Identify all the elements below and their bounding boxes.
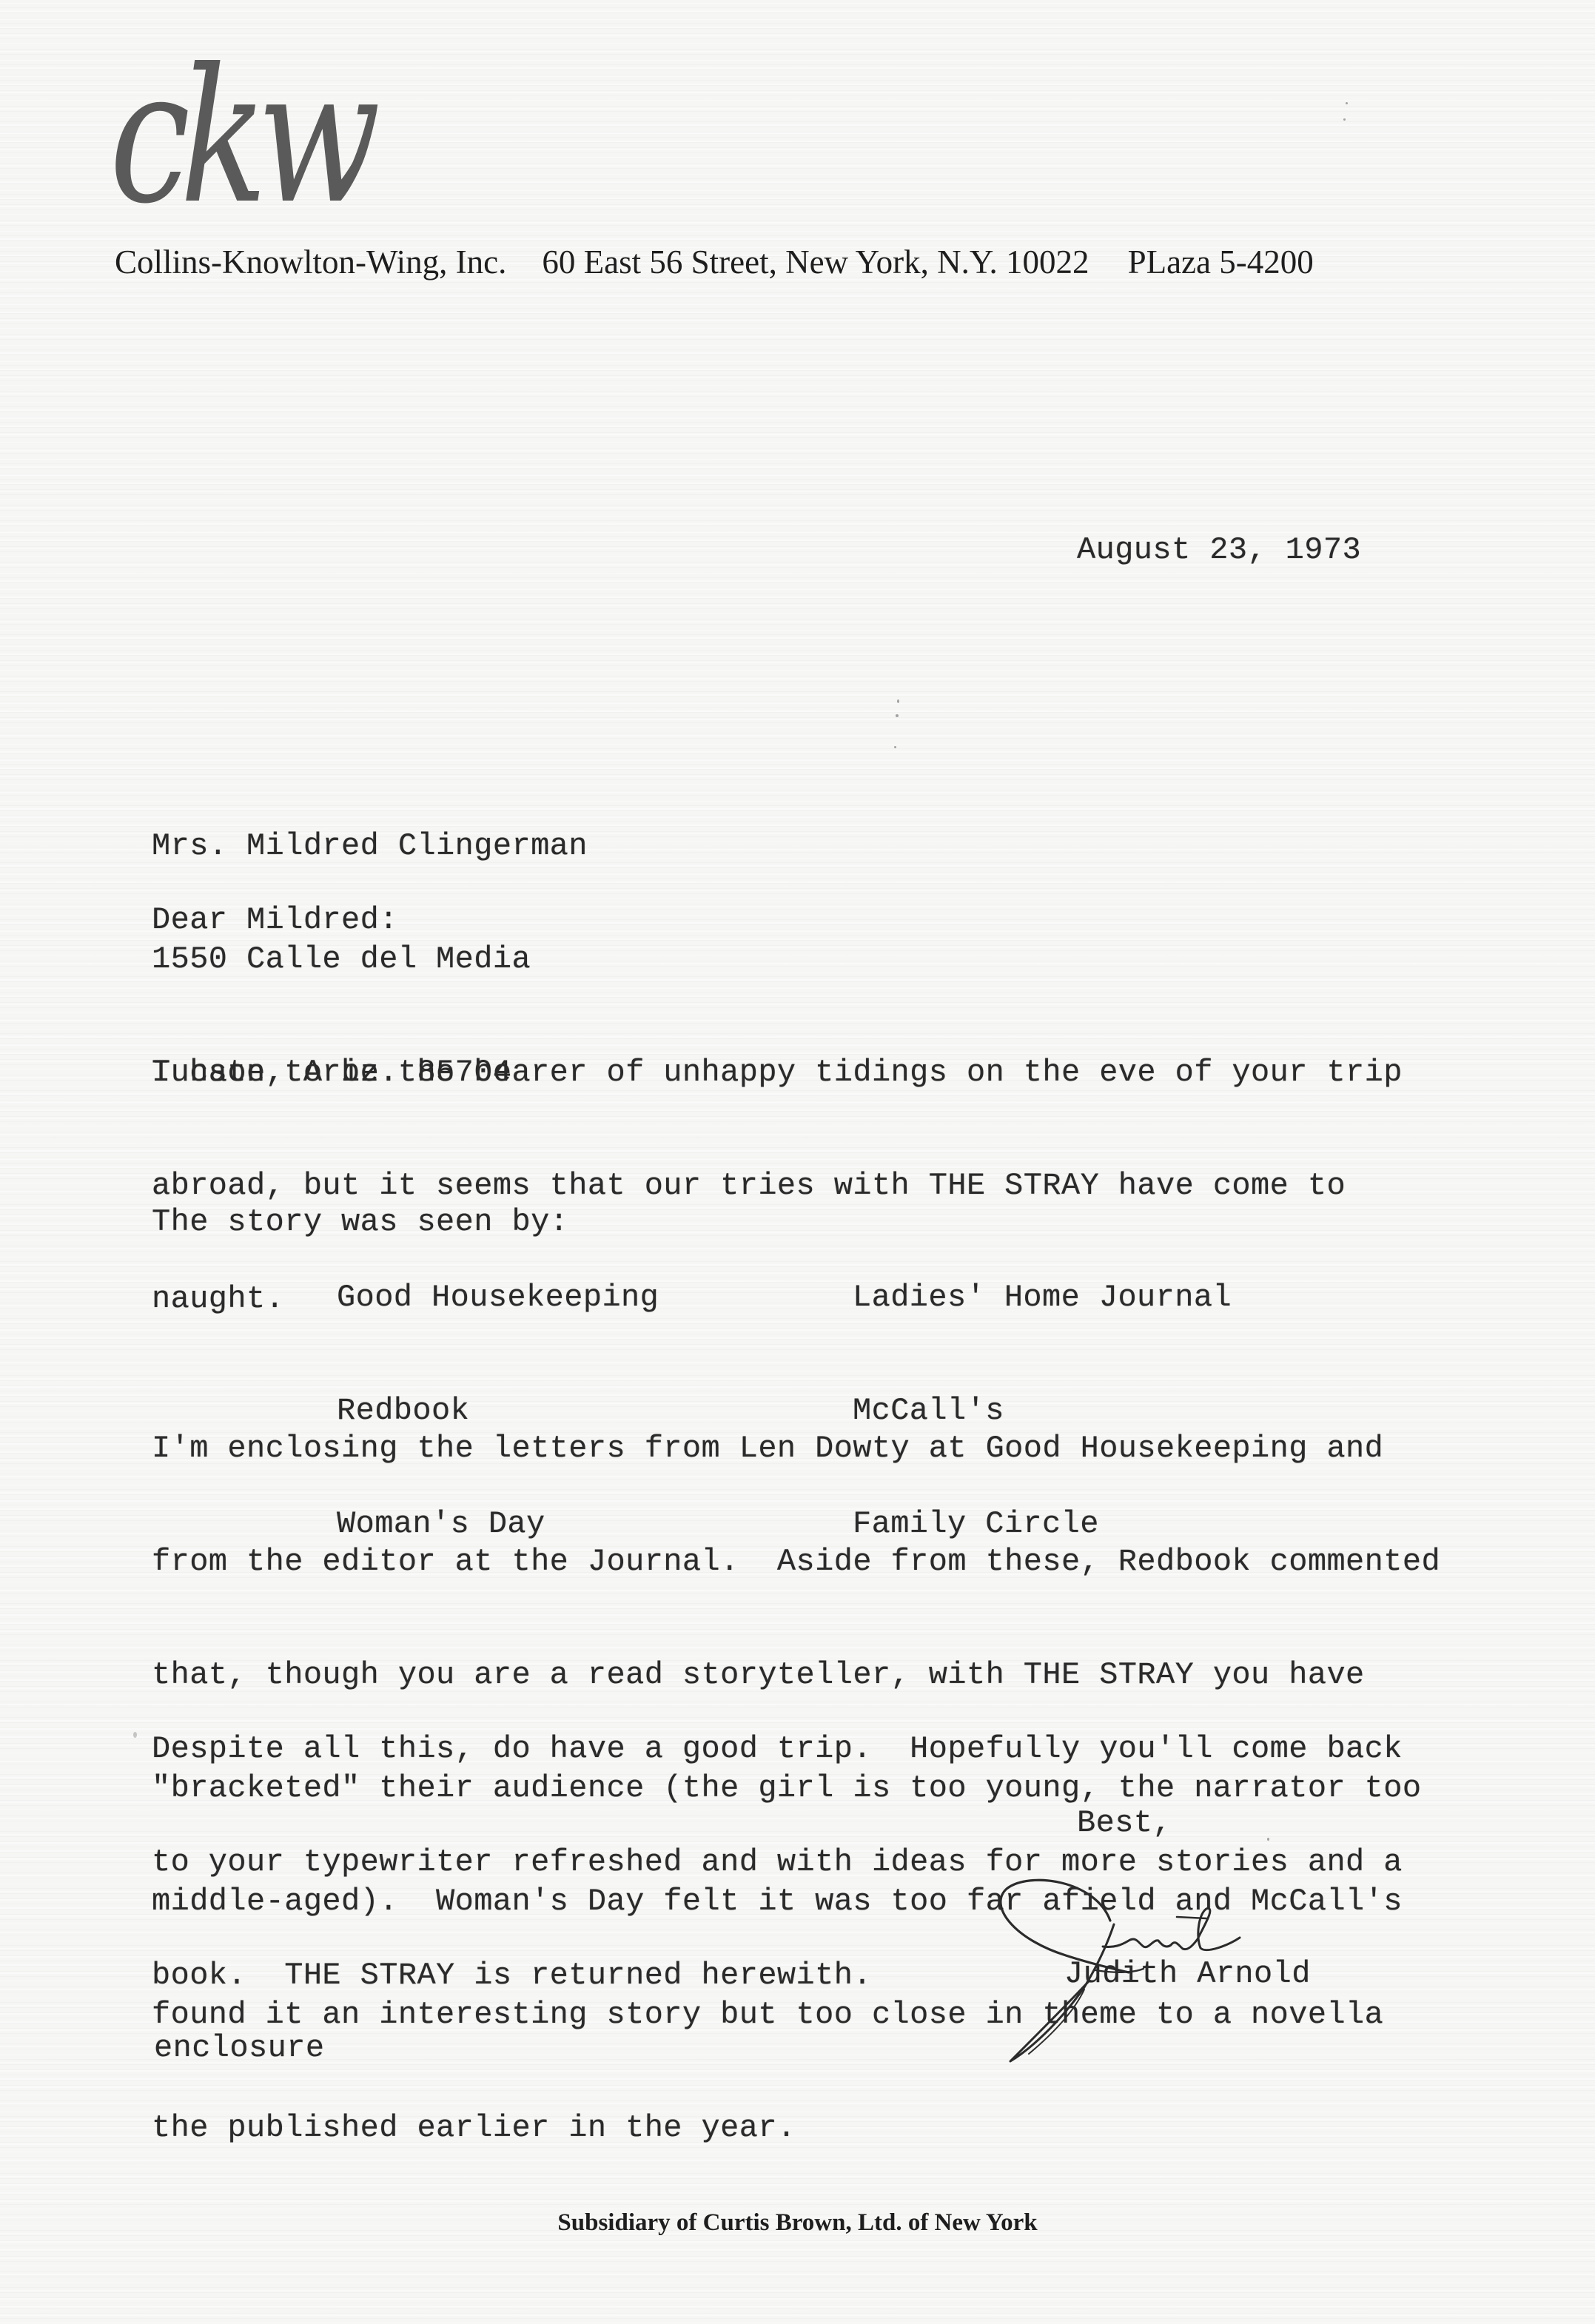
recipient-street: 1550 Calle del Media [152, 941, 588, 978]
company-name: Collins-Knowlton-Wing, Inc. [115, 243, 506, 281]
company-address: 60 East 56 Street, New York, N.Y. 10022 [542, 243, 1089, 281]
enclosure-note: enclosure [154, 2029, 324, 2067]
paragraph-line: the published earlier in the year. [152, 2109, 1484, 2147]
salutation: Dear Mildred: [152, 901, 398, 939]
signer-name: Judith Arnold [1064, 1955, 1311, 1993]
company-logo: ckw [110, 44, 370, 229]
magazine-item: Good Housekeeping [337, 1279, 853, 1317]
recipient-name: Mrs. Mildred Clingerman [152, 827, 588, 865]
paper-mark [1343, 118, 1346, 121]
company-phone: PLaza 5-4200 [1128, 243, 1314, 281]
paper-mark [897, 699, 899, 703]
letter-date: August 23, 1973 [1077, 531, 1361, 569]
footer-subsidiary-line: Subsidiary of Curtis Brown, Ltd. of New … [0, 2209, 1595, 2237]
closing: Best, [1077, 1804, 1172, 1842]
paragraph-line: I'm enclosing the letters from Len Dowty… [152, 1430, 1484, 1468]
paper-mark [133, 1732, 137, 1738]
letterhead-line: Collins-Knowlton-Wing, Inc. 60 East 56 S… [115, 243, 1506, 281]
paper-mark [894, 746, 896, 748]
paper-mark [1346, 102, 1348, 104]
paper-mark [896, 714, 899, 717]
paper-mark [1267, 1838, 1269, 1841]
paragraph-line: Despite all this, do have a good trip. H… [152, 1730, 1484, 1768]
paragraph-line: I hate to be the bearer of unhappy tidin… [152, 1054, 1484, 1092]
magazine-item: Ladies' Home Journal [853, 1279, 1369, 1317]
paragraph-line: from the editor at the Journal. Aside fr… [152, 1543, 1484, 1581]
